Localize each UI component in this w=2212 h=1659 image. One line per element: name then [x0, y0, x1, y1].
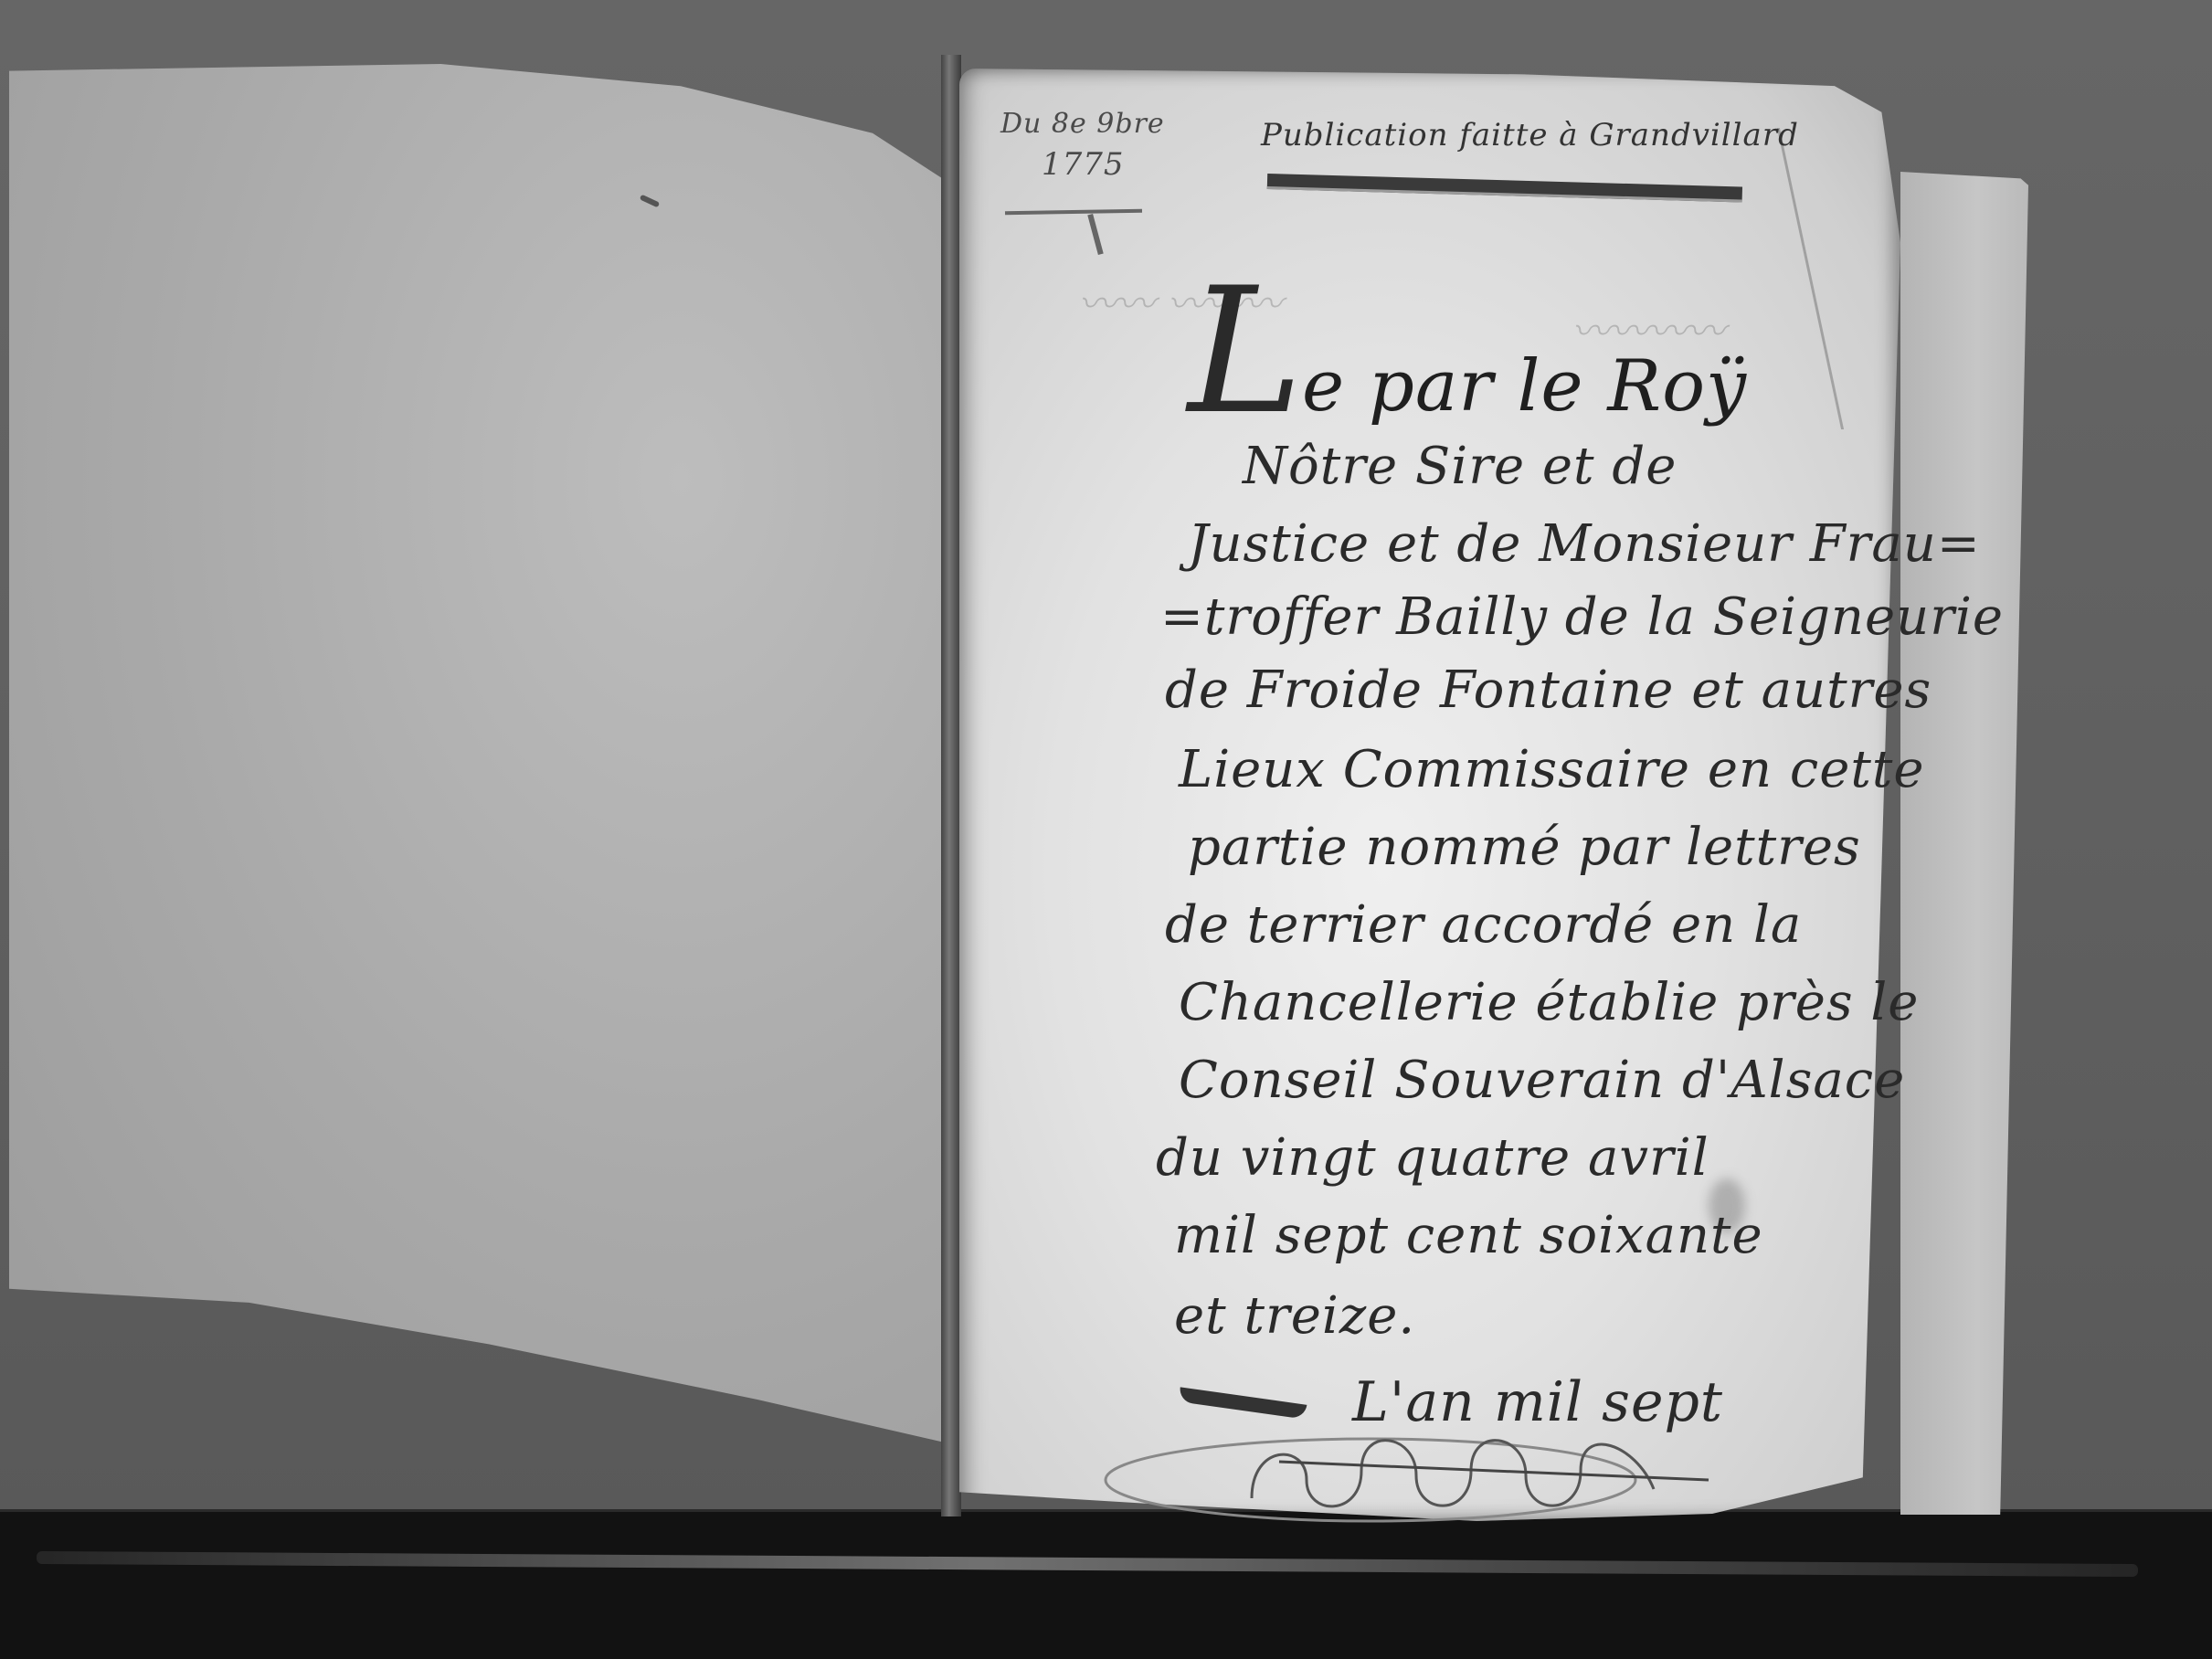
body-line: Nôtre Sire et de — [1243, 437, 1677, 496]
margin-date: Du 8e 9bre — [1000, 105, 1165, 143]
body-line: du vingt quatre avril — [1156, 1128, 1709, 1188]
body-line: =troffer Bailly de la Seigneurie — [1160, 587, 2004, 647]
body-line: mil sept cent soixante — [1174, 1206, 1763, 1265]
book-spine — [941, 55, 961, 1516]
body-line: partie nommé par lettres — [1188, 818, 1861, 877]
body-line: de Froide Fontaine et autres — [1165, 660, 1932, 720]
margin-year: 1775 — [1042, 146, 1125, 183]
left-blank-page — [9, 64, 968, 1448]
body-line: Conseil Souverain d'Alsace — [1179, 1051, 1905, 1110]
header-note: Publication faitte à Grandvillard — [1261, 117, 1799, 153]
body-line: Lieux Commissaire en cette — [1179, 740, 1925, 799]
body-line: Justice et de Monsieur Frau= — [1188, 514, 1981, 574]
body-line: Chancellerie établie près le — [1179, 973, 1919, 1032]
title-line: e par le Roÿ — [1302, 345, 1747, 428]
decorated-initial: L — [1188, 265, 1303, 439]
calligraphic-flourish — [1069, 1425, 1763, 1535]
body-line: de terrier accordé en la — [1165, 895, 1802, 955]
body-line: et treize. — [1174, 1286, 1415, 1346]
